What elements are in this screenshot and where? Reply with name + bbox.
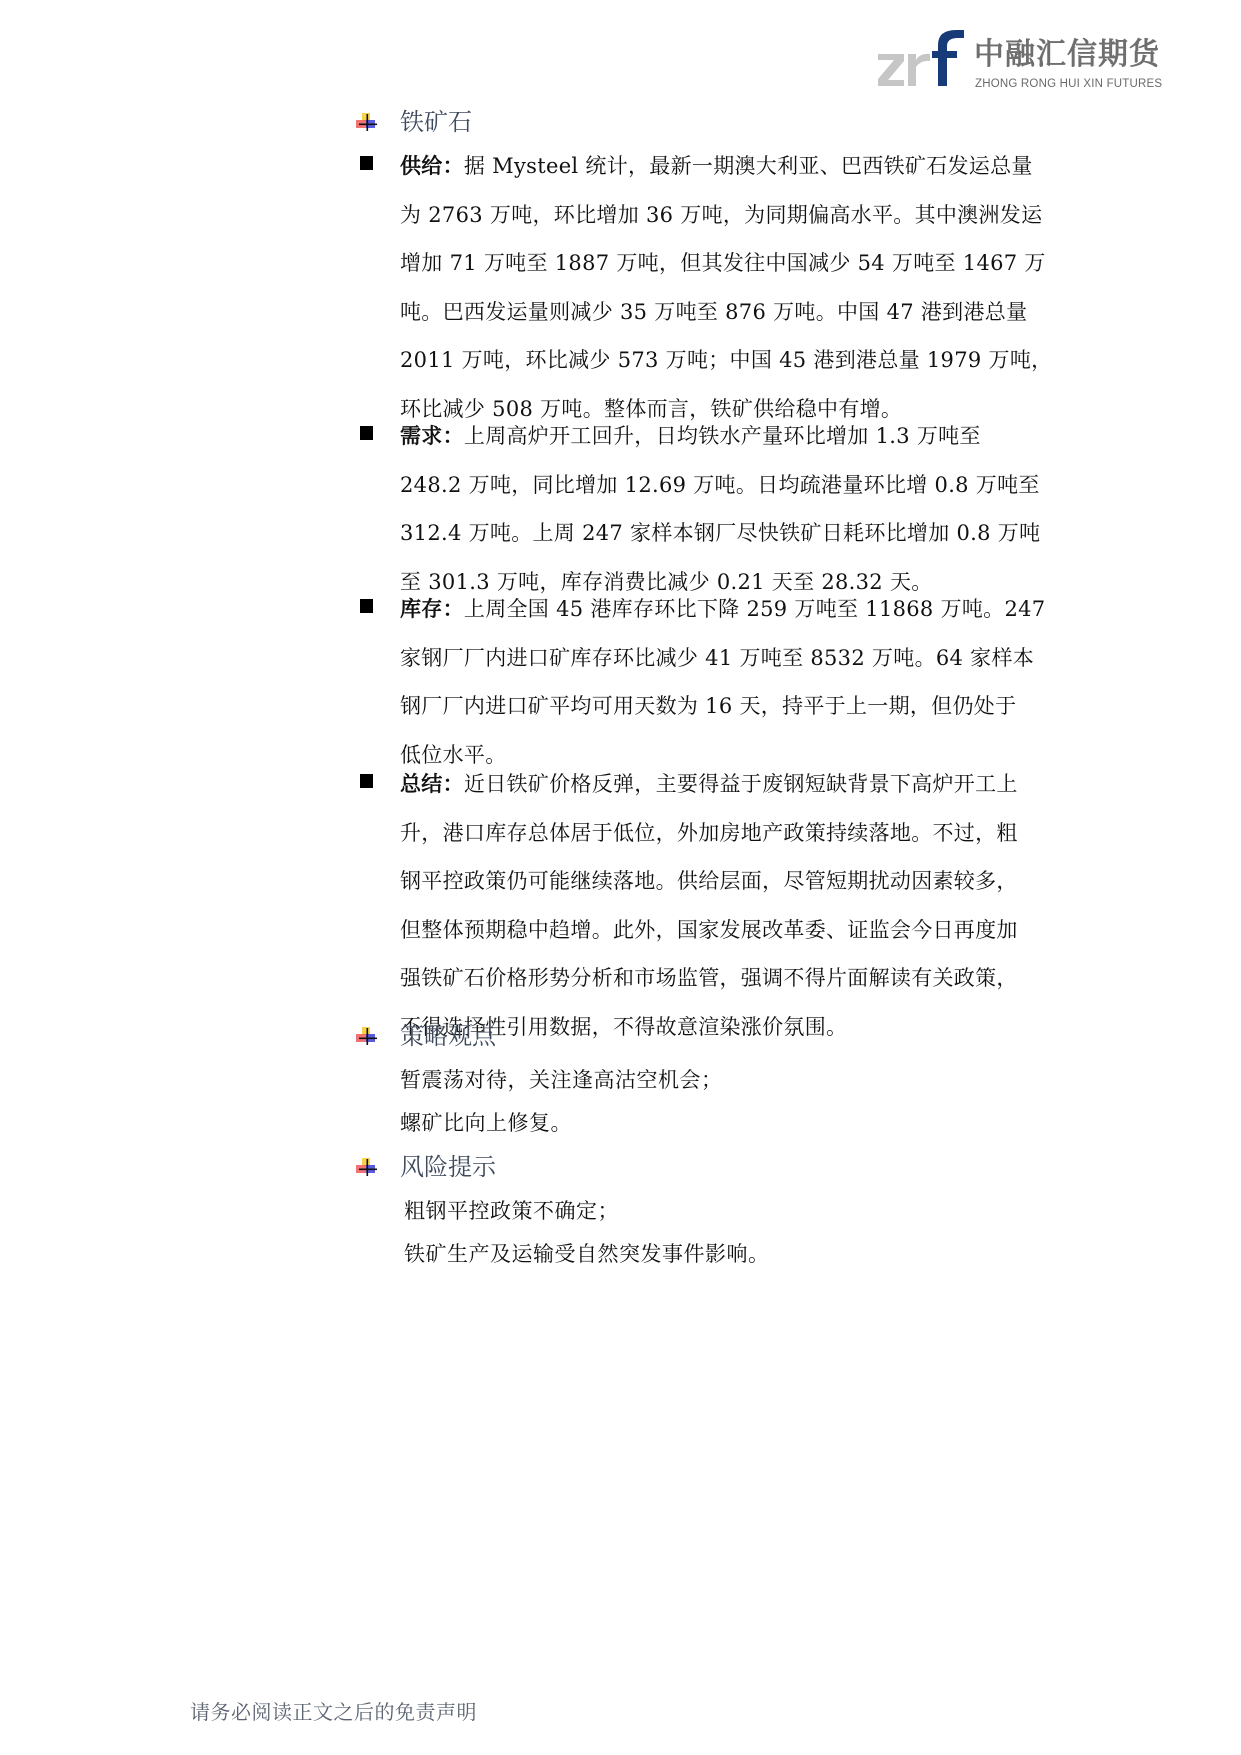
company-logo: 中融汇信期货 ZHONG RONG HUI XIN FUTURES (878, 28, 1178, 94)
paragraph-summary: 总结：近日铁矿价格反弹，主要得益于废钢短缺背景下高炉开工上 升，港口库存总体居于… (400, 760, 1056, 1052)
section-title: 策略观点 (400, 1019, 496, 1053)
quadrant-plus-icon (356, 1027, 380, 1045)
section-title: 风险提示 (400, 1150, 496, 1184)
paragraph-demand: 需求：上周高炉开工回升，日均铁水产量环比增加 1.3 万吨至 248.2 万吨，… (400, 412, 1056, 606)
square-bullet-icon (360, 599, 373, 613)
zrf-logo-mark-icon (878, 28, 968, 94)
quadrant-plus-icon (356, 113, 380, 131)
quadrant-plus-icon (356, 1158, 380, 1176)
strategy-line: 螺矿比向上修复。 (400, 1108, 572, 1138)
disclaimer-footer: 请务必阅读正文之后的免责声明 (190, 1696, 477, 1725)
logo-english-name: ZHONG RONG HUI XIN FUTURES (975, 78, 1162, 90)
square-bullet-icon (360, 774, 373, 788)
section-title: 铁矿石 (400, 105, 472, 139)
risk-line: 铁矿生产及运输受自然突发事件影响。 (404, 1239, 770, 1269)
strategy-line: 暂震荡对待，关注逢高沽空机会； (400, 1065, 723, 1095)
paragraph-inventory: 库存：上周全国 45 港库存环比下降 259 万吨至 11868 万吨。247 … (400, 585, 1056, 779)
square-bullet-icon (360, 426, 373, 440)
square-bullet-icon (360, 156, 373, 170)
risk-line: 粗钢平控政策不确定； (404, 1196, 619, 1226)
logo-chinese-name: 中融汇信期货 (974, 38, 1160, 72)
paragraph-supply: 供给：据 Mysteel 统计，最新一期澳大利亚、巴西铁矿石发运总量 为 276… (400, 142, 1056, 434)
